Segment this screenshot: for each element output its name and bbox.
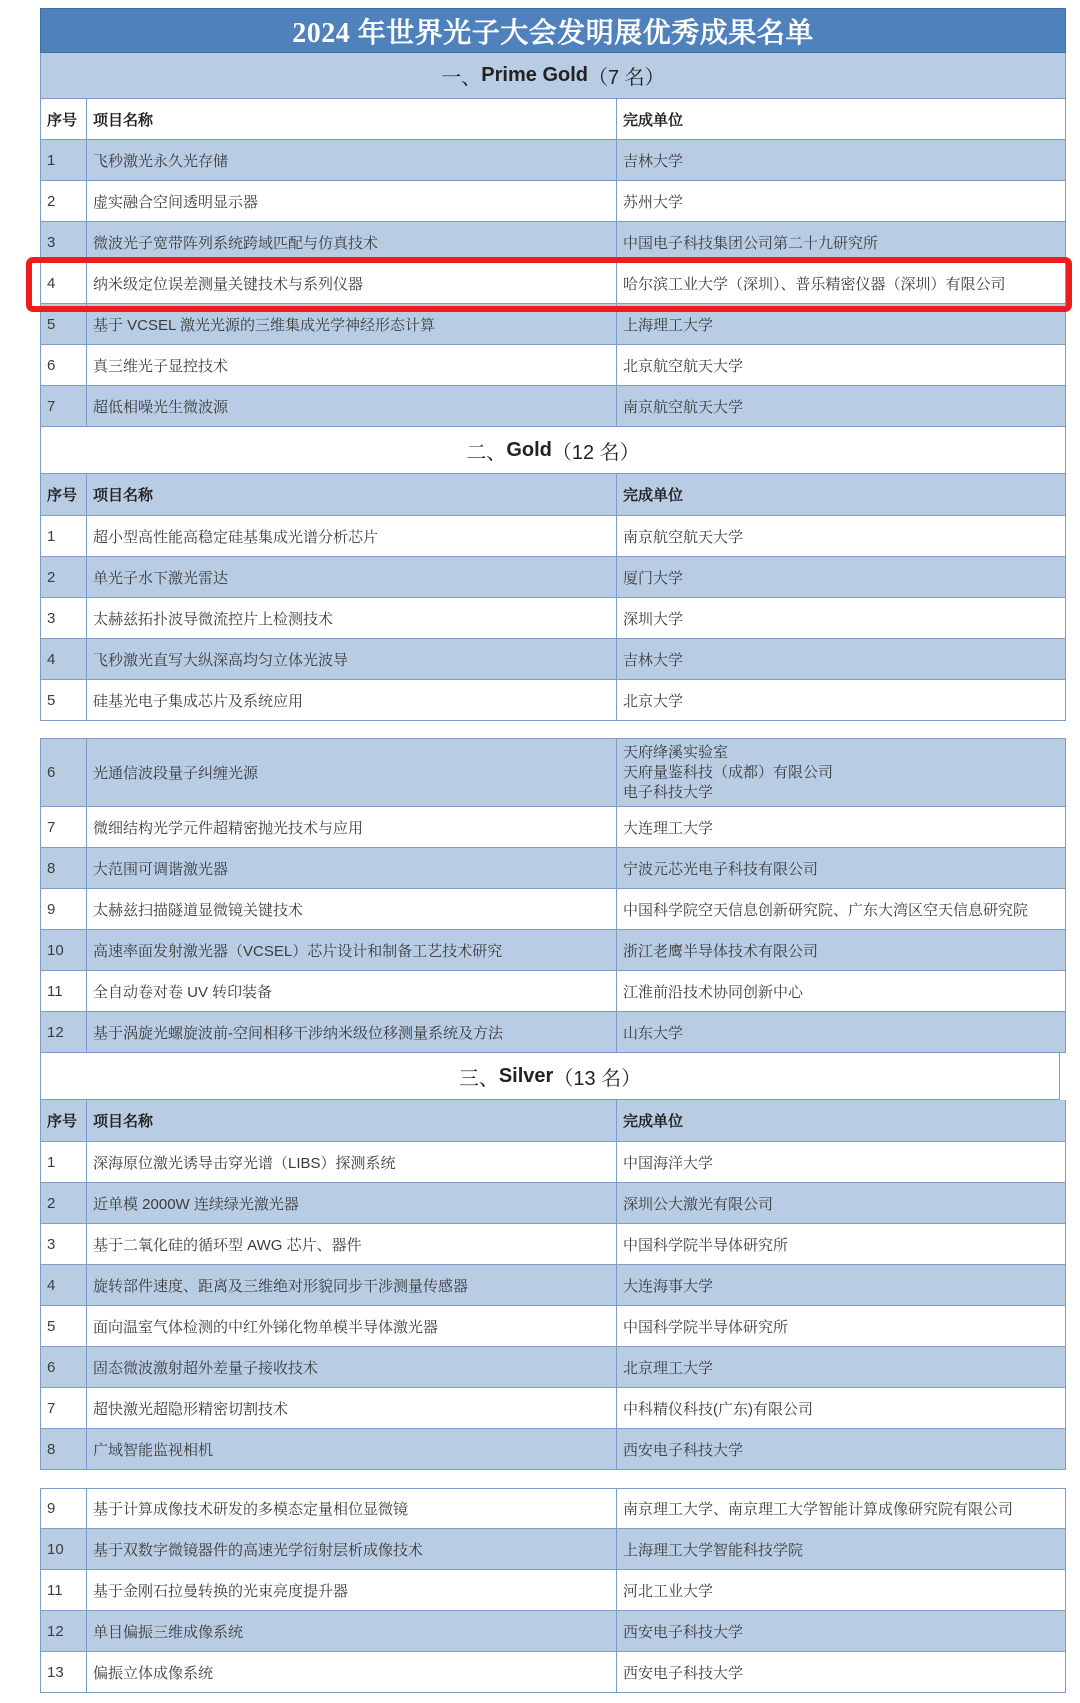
unit-cell: 北京航空航天大学 — [617, 345, 1065, 385]
section-header-prime-gold: 一、 Prime Gold （7 名） — [40, 53, 1066, 99]
unit-cell: 吉林大学 — [617, 140, 1065, 180]
project-name-cell: 偏振立体成像系统 — [87, 1652, 617, 1692]
unit-cell: 西安电子科技大学 — [617, 1611, 1065, 1651]
unit-cell: 中国海洋大学 — [617, 1142, 1065, 1182]
table-row: 6 光通信波段量子纠缠光源 天府绛溪实验室 天府量鉴科技（成都）有限公司 电子科… — [40, 738, 1066, 807]
unit-cell: 上海理工大学智能科技学院 — [617, 1529, 1065, 1569]
section-name: Gold — [506, 439, 552, 462]
seq-cell: 1 — [41, 1142, 87, 1182]
table-row: 3基于二氧化硅的循环型 AWG 芯片、器件中国科学院半导体研究所 — [40, 1224, 1066, 1265]
project-name-cell: 飞秒激光永久光存储 — [87, 140, 617, 180]
table-row: 5基于 VCSEL 激光光源的三维集成光学神经形态计算上海理工大学 — [40, 304, 1066, 345]
column-header-name: 项目名称 — [87, 474, 617, 515]
seq-cell: 10 — [41, 1529, 87, 1569]
column-header-row: 序号 项目名称 完成单位 — [40, 1100, 1066, 1142]
project-name-cell: 基于计算成像技术研发的多模态定量相位显微镜 — [87, 1489, 617, 1528]
seq-cell: 6 — [41, 739, 87, 806]
unit-cell: 吉林大学 — [617, 639, 1065, 679]
table-row: 11基于金刚石拉曼转换的光束亮度提升器河北工业大学 — [40, 1570, 1066, 1611]
table-row: 6固态微波激射超外差量子接收技术北京理工大学 — [40, 1347, 1066, 1388]
column-header-unit: 完成单位 — [617, 99, 1065, 139]
project-name-cell: 超低相噪光生微波源 — [87, 386, 617, 426]
project-name-cell: 超小型高性能高稳定硅基集成光谱分析芯片 — [87, 516, 617, 556]
column-header-row: 序号 项目名称 完成单位 — [40, 474, 1066, 516]
seq-cell: 3 — [41, 1224, 87, 1264]
table-row: 4飞秒激光直写大纵深高均匀立体光波导吉林大学 — [40, 639, 1066, 680]
table-row: 7超快激光超隐形精密切割技术中科精仪科技(广东)有限公司 — [40, 1388, 1066, 1429]
section-prefix: 一、 — [441, 61, 481, 90]
unit-cell: 中国科学院半导体研究所 — [617, 1306, 1065, 1346]
unit-cell: 中国电子科技集团公司第二十九研究所 — [617, 222, 1065, 262]
table-block-3: 9基于计算成像技术研发的多模态定量相位显微镜南京理工大学、南京理工大学智能计算成… — [40, 1488, 1066, 1693]
table-row: 12基于涡旋光螺旋波前-空间相移干涉纳米级位移测量系统及方法山东大学 — [40, 1012, 1066, 1053]
table-row: 8大范围可调谐激光器宁波元芯光电子科技有限公司 — [40, 848, 1066, 889]
unit-cell: 北京大学 — [617, 680, 1065, 720]
unit-line: 电子科技大学 — [623, 783, 713, 803]
column-header-name: 项目名称 — [87, 1100, 617, 1141]
unit-cell: 中国科学院半导体研究所 — [617, 1224, 1065, 1264]
section-header-gold: 二、 Gold （12 名） — [40, 427, 1066, 474]
project-name-cell: 高速率面发射激光器（VCSEL）芯片设计和制备工艺技术研究 — [87, 930, 617, 970]
project-name-cell: 飞秒激光直写大纵深高均匀立体光波导 — [87, 639, 617, 679]
project-name-cell: 单光子水下激光雷达 — [87, 557, 617, 597]
unit-cell: 宁波元芯光电子科技有限公司 — [617, 848, 1065, 888]
seq-cell: 2 — [41, 557, 87, 597]
unit-cell: 中科精仪科技(广东)有限公司 — [617, 1388, 1065, 1428]
table-row: 9太赫兹扫描隧道显微镜关键技术中国科学院空天信息创新研究院、广东大湾区空天信息研… — [40, 889, 1066, 930]
project-name-cell: 基于双数字微镜器件的高速光学衍射层析成像技术 — [87, 1529, 617, 1569]
project-name-cell: 全自动卷对卷 UV 转印装备 — [87, 971, 617, 1011]
seq-cell: 1 — [41, 140, 87, 180]
project-name-cell: 大范围可调谐激光器 — [87, 848, 617, 888]
project-name-cell: 微细结构光学元件超精密抛光技术与应用 — [87, 807, 617, 847]
seq-cell: 5 — [41, 1306, 87, 1346]
unit-cell: 苏州大学 — [617, 181, 1065, 221]
table-row: 3太赫兹拓扑波导微流控片上检测技术深圳大学 — [40, 598, 1066, 639]
project-name-cell: 基于二氧化硅的循环型 AWG 芯片、器件 — [87, 1224, 617, 1264]
seq-cell: 8 — [41, 1429, 87, 1469]
seq-cell: 4 — [41, 1265, 87, 1305]
project-name-cell: 太赫兹拓扑波导微流控片上检测技术 — [87, 598, 617, 638]
table-row: 6真三维光子显控技术北京航空航天大学 — [40, 345, 1066, 386]
table-row: 10高速率面发射激光器（VCSEL）芯片设计和制备工艺技术研究浙江老鹰半导体技术… — [40, 930, 1066, 971]
project-name-cell: 光通信波段量子纠缠光源 — [87, 739, 617, 806]
seq-cell: 5 — [41, 680, 87, 720]
project-name-cell: 深海原位激光诱导击穿光谱（LIBS）探测系统 — [87, 1142, 617, 1182]
unit-cell: 深圳公大激光有限公司 — [617, 1183, 1065, 1223]
table-row: 5硅基光电子集成芯片及系统应用北京大学 — [40, 680, 1066, 721]
seq-cell: 7 — [41, 1388, 87, 1428]
unit-cell: 哈尔滨工业大学（深圳）、普乐精密仪器（深圳）有限公司 — [617, 263, 1065, 303]
project-name-cell: 基于涡旋光螺旋波前-空间相移干涉纳米级位移测量系统及方法 — [87, 1012, 617, 1052]
column-header-seq: 序号 — [41, 1100, 87, 1141]
table-row: 4旋转部件速度、距离及三维绝对形貌同步干涉测量传感器大连海事大学 — [40, 1265, 1066, 1306]
project-name-cell: 广域智能监视相机 — [87, 1429, 617, 1469]
project-name-cell: 真三维光子显控技术 — [87, 345, 617, 385]
seq-cell: 11 — [41, 1570, 87, 1610]
unit-cell: 南京航空航天大学 — [617, 516, 1065, 556]
table-row: 7超低相噪光生微波源南京航空航天大学 — [40, 386, 1066, 427]
table-row: 3微波光子宽带阵列系统跨域匹配与仿真技术中国电子科技集团公司第二十九研究所 — [40, 222, 1066, 263]
unit-cell: 大连海事大学 — [617, 1265, 1065, 1305]
table-row: 9基于计算成像技术研发的多模态定量相位显微镜南京理工大学、南京理工大学智能计算成… — [40, 1488, 1066, 1529]
seq-cell: 2 — [41, 181, 87, 221]
seq-cell: 2 — [41, 1183, 87, 1223]
table-row: 2近单模 2000W 连续绿光激光器深圳公大激光有限公司 — [40, 1183, 1066, 1224]
table-row: 1超小型高性能高稳定硅基集成光谱分析芯片南京航空航天大学 — [40, 516, 1066, 557]
title-bar: 2024 年世界光子大会发明展优秀成果名单 — [40, 8, 1066, 53]
unit-cell: 西安电子科技大学 — [617, 1429, 1065, 1469]
unit-cell: 天府绛溪实验室 天府量鉴科技（成都）有限公司 电子科技大学 — [617, 739, 1065, 806]
project-name-cell: 基于金刚石拉曼转换的光束亮度提升器 — [87, 1570, 617, 1610]
unit-cell: 江淮前沿技术协同创新中心 — [617, 971, 1065, 1011]
project-name-cell: 超快激光超隐形精密切割技术 — [87, 1388, 617, 1428]
seq-cell: 12 — [41, 1611, 87, 1651]
project-name-cell: 纳米级定位误差测量关键技术与系列仪器 — [87, 263, 617, 303]
table-row: 12单目偏振三维成像系统西安电子科技大学 — [40, 1611, 1066, 1652]
section-count: （12 名） — [552, 436, 640, 465]
project-name-cell: 硅基光电子集成芯片及系统应用 — [87, 680, 617, 720]
project-name-cell: 固态微波激射超外差量子接收技术 — [87, 1347, 617, 1387]
unit-line: 天府量鉴科技（成都）有限公司 — [623, 763, 833, 783]
column-header-name: 项目名称 — [87, 99, 617, 139]
section-count: （13 名） — [553, 1062, 641, 1091]
table-row: 11全自动卷对卷 UV 转印装备江淮前沿技术协同创新中心 — [40, 971, 1066, 1012]
column-header-unit: 完成单位 — [617, 474, 1065, 515]
project-name-cell: 太赫兹扫描隧道显微镜关键技术 — [87, 889, 617, 929]
table-row: 1飞秒激光永久光存储吉林大学 — [40, 140, 1066, 181]
table-row-highlighted: 4纳米级定位误差测量关键技术与系列仪器哈尔滨工业大学（深圳）、普乐精密仪器（深圳… — [40, 263, 1066, 304]
seq-cell: 9 — [41, 889, 87, 929]
column-header-seq: 序号 — [41, 99, 87, 139]
unit-cell: 大连理工大学 — [617, 807, 1065, 847]
section-header-silver: 三、 Silver （13 名） — [40, 1053, 1060, 1100]
column-header-seq: 序号 — [41, 474, 87, 515]
table-row: 2虚实融合空间透明显示器苏州大学 — [40, 181, 1066, 222]
table-row: 10基于双数字微镜器件的高速光学衍射层析成像技术上海理工大学智能科技学院 — [40, 1529, 1066, 1570]
unit-cell: 南京航空航天大学 — [617, 386, 1065, 426]
table-block-1: 一、 Prime Gold （7 名） 序号 项目名称 完成单位 1飞秒激光永久… — [40, 53, 1066, 721]
seq-cell: 8 — [41, 848, 87, 888]
seq-cell: 12 — [41, 1012, 87, 1052]
table-row: 2单光子水下激光雷达厦门大学 — [40, 557, 1066, 598]
unit-cell: 厦门大学 — [617, 557, 1065, 597]
project-name-cell: 旋转部件速度、距离及三维绝对形貌同步干涉测量传感器 — [87, 1265, 617, 1305]
seq-cell: 7 — [41, 807, 87, 847]
unit-cell: 浙江老鹰半导体技术有限公司 — [617, 930, 1065, 970]
table-row: 13偏振立体成像系统西安电子科技大学 — [40, 1652, 1066, 1693]
seq-cell: 9 — [41, 1489, 87, 1528]
seq-cell: 3 — [41, 222, 87, 262]
section-prefix: 三、 — [459, 1062, 499, 1091]
unit-cell: 北京理工大学 — [617, 1347, 1065, 1387]
table-block-2: 6 光通信波段量子纠缠光源 天府绛溪实验室 天府量鉴科技（成都）有限公司 电子科… — [40, 738, 1066, 1470]
seq-cell: 13 — [41, 1652, 87, 1692]
unit-cell: 河北工业大学 — [617, 1570, 1065, 1610]
seq-cell: 6 — [41, 1347, 87, 1387]
project-name-cell: 单目偏振三维成像系统 — [87, 1611, 617, 1651]
column-header-row: 序号 项目名称 完成单位 — [40, 99, 1066, 140]
unit-cell: 中国科学院空天信息创新研究院、广东大湾区空天信息研究院 — [617, 889, 1065, 929]
project-name-cell: 虚实融合空间透明显示器 — [87, 181, 617, 221]
seq-cell: 10 — [41, 930, 87, 970]
table-row: 5面向温室气体检测的中红外锑化物单模半导体激光器中国科学院半导体研究所 — [40, 1306, 1066, 1347]
project-name-cell: 基于 VCSEL 激光光源的三维集成光学神经形态计算 — [87, 304, 617, 344]
unit-cell: 上海理工大学 — [617, 304, 1065, 344]
column-header-unit: 完成单位 — [617, 1100, 1065, 1141]
seq-cell: 4 — [41, 639, 87, 679]
unit-cell: 南京理工大学、南京理工大学智能计算成像研究院有限公司 — [617, 1489, 1065, 1528]
unit-cell: 山东大学 — [617, 1012, 1065, 1052]
seq-cell: 3 — [41, 598, 87, 638]
seq-cell: 6 — [41, 345, 87, 385]
table-row: 1深海原位激光诱导击穿光谱（LIBS）探测系统中国海洋大学 — [40, 1142, 1066, 1183]
seq-cell: 7 — [41, 386, 87, 426]
project-name-cell: 近单模 2000W 连续绿光激光器 — [87, 1183, 617, 1223]
table-row: 8广域智能监视相机西安电子科技大学 — [40, 1429, 1066, 1470]
section-name: Silver — [499, 1065, 553, 1088]
seq-cell: 5 — [41, 304, 87, 344]
table-row: 7微细结构光学元件超精密抛光技术与应用大连理工大学 — [40, 807, 1066, 848]
unit-cell: 西安电子科技大学 — [617, 1652, 1065, 1692]
unit-line: 天府绛溪实验室 — [623, 743, 728, 763]
seq-cell: 11 — [41, 971, 87, 1011]
section-count: （7 名） — [588, 61, 665, 90]
project-name-cell: 微波光子宽带阵列系统跨域匹配与仿真技术 — [87, 222, 617, 262]
section-name: Prime Gold — [481, 64, 588, 87]
seq-cell: 4 — [41, 263, 87, 303]
project-name-cell: 面向温室气体检测的中红外锑化物单模半导体激光器 — [87, 1306, 617, 1346]
seq-cell: 1 — [41, 516, 87, 556]
section-prefix: 二、 — [466, 436, 506, 465]
page-title: 2024 年世界光子大会发明展优秀成果名单 — [292, 11, 814, 51]
unit-cell: 深圳大学 — [617, 598, 1065, 638]
